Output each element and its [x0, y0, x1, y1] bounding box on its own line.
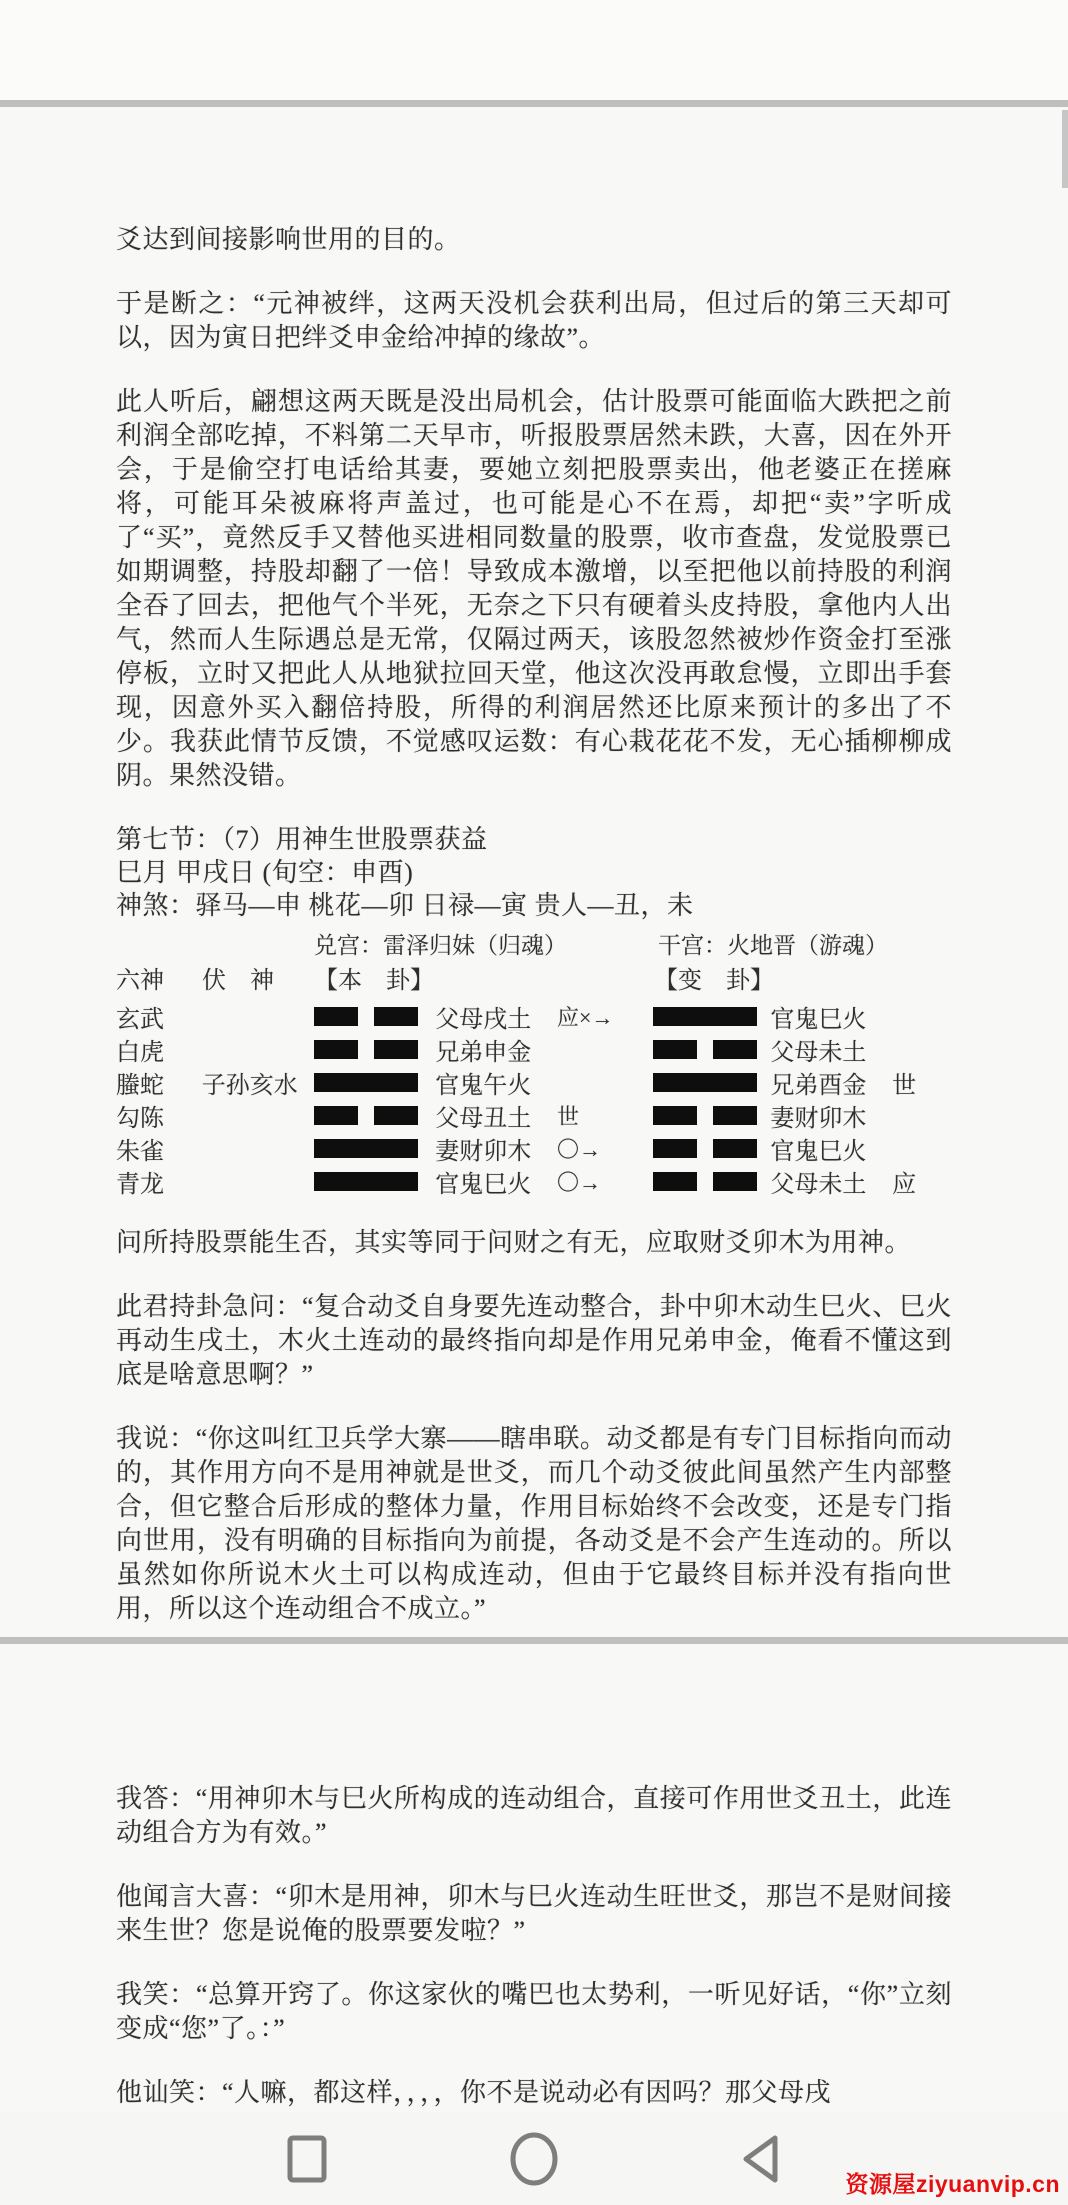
yao-line: [314, 1106, 418, 1125]
six-god-label: 玄武: [116, 999, 202, 1034]
recents-button[interactable]: [280, 2132, 334, 2186]
ben-yao-text: 官鬼午火: [435, 1065, 557, 1100]
ben-gua-header: 【本 卦】: [314, 962, 654, 1000]
six-god-label: 螣蛇: [116, 1065, 202, 1100]
yao-line: [653, 1007, 757, 1026]
hexagram-row: 青龙 官鬼巳火 〇→ 父母未土 应: [116, 1165, 952, 1198]
bian-yao-text: 父母未土: [770, 1164, 892, 1199]
bian-yao-text: 兄弟酉金: [770, 1065, 892, 1100]
bian-gua-header: 【变 卦】: [654, 962, 774, 1000]
bian-yao-text: 官鬼巳火: [770, 999, 892, 1034]
document-page-2: 我答：“用神卯木与巳火所构成的连动组合，直接可作用世爻丑土，此连动组合方为有效。…: [0, 1644, 1068, 2112]
ben-yao-text: 父母戌土: [435, 999, 557, 1034]
paragraph: 我答：“用神卯木与巳火所构成的连动组合，直接可作用世爻丑土，此连动组合方为有效。…: [116, 1782, 952, 1850]
yao-line: [653, 1040, 757, 1059]
paragraph: 爻达到间接影响世用的目的。: [116, 223, 952, 257]
yao-line: [653, 1139, 757, 1158]
fushen-header: 伏 神: [202, 962, 314, 1000]
hexagram-row: 白虎 兄弟申金 父母未土: [116, 1033, 952, 1066]
bian-yao-marker: 世: [892, 1065, 952, 1100]
section-heading-block: 第七节：（7）用神生世股票获益 巳月 甲戌日 (旬空：申酉) 神煞：驿马—申 桃…: [116, 823, 952, 922]
ben-yao-text: 官鬼巳火: [435, 1164, 557, 1199]
six-god-label: 青龙: [116, 1164, 202, 1199]
yao-line: [653, 1172, 757, 1191]
ben-yao-text: 兄弟申金: [435, 1032, 557, 1067]
ben-yao-marker: 世: [557, 1100, 653, 1131]
bian-yao-text: 官鬼巳火: [770, 1131, 892, 1166]
bian-yao-text: 妻财卯木: [770, 1098, 892, 1133]
ben-palace-label: 兑宫：雷泽归妹（归魂）: [314, 930, 658, 962]
paragraph: 他闻言大喜：“卯木是用神，卯木与巳火连动生旺世爻，那岂不是财间接来生世？您是说俺…: [116, 1880, 952, 1948]
section-title: 第七节：（7）用神生世股票获益: [116, 823, 952, 856]
back-triangle-icon: [734, 2132, 788, 2186]
status-area: [0, 0, 1068, 100]
bian-yao-marker: 应: [892, 1164, 952, 1199]
palace-row: 兑宫：雷泽归妹（归魂） 干宫：火地晋（游魂）: [116, 930, 952, 962]
hexagram-row: 玄武 父母戌土 应×→ 官鬼巳火: [116, 1000, 952, 1033]
hexagram-row: 朱雀 妻财卯木 〇→ 官鬼巳火: [116, 1132, 952, 1165]
date-line: 巳月 甲戌日 (旬空：申酉): [116, 856, 952, 889]
yao-line: [314, 1040, 418, 1059]
scrollbar-thumb[interactable]: [1062, 110, 1068, 188]
home-circle-icon: [507, 2132, 561, 2186]
paragraph: 他讪笑：“人嘛，都这样，，，，你不是说动必有因吗？那父母戌: [116, 2076, 952, 2110]
hexagram-row: 勾陈 父母丑土 世 妻财卯木: [116, 1099, 952, 1132]
page-top-divider: [0, 100, 1068, 107]
six-god-label: 白虎: [116, 1032, 202, 1067]
yao-line: [653, 1073, 757, 1092]
home-button[interactable]: [507, 2132, 561, 2186]
fushen-label: 子孙亥水: [202, 1065, 314, 1100]
shensha-line: 神煞：驿马—申 桃花—卯 日禄—寅 贵人—丑，未: [116, 889, 952, 922]
paragraph: 于是断之：“元神被绊，这两天没机会获利出局，但过后的第三天却可以，因为寅日把绊爻…: [116, 287, 952, 355]
paragraph: 我笑：“总算开窍了。你这家伙的嘴巴也太势利，一听见好话，“你”立刻变成“您”了。…: [116, 1978, 952, 2046]
ben-yao-text: 父母丑土: [435, 1098, 557, 1133]
paragraph: 此人听后，翩想这两天既是没出局机会，估计股票可能面临大跌把之前利润全部吃掉，不料…: [116, 385, 952, 793]
yao-line: [314, 1139, 418, 1158]
six-god-label: 勾陈: [116, 1098, 202, 1133]
six-god-label: 朱雀: [116, 1131, 202, 1166]
bian-palace-label: 干宫：火地晋（游魂）: [658, 930, 888, 962]
yao-line: [314, 1073, 418, 1092]
document-page-1: 爻达到间接影响世用的目的。 于是断之：“元神被绊，这两天没机会获利出局，但过后的…: [0, 107, 1068, 1637]
paragraph: 此君持卦急问：“复合动爻自身要先连动整合，卦中卯木动生巳火、巳火再动生戌土，木火…: [116, 1290, 952, 1392]
yao-line: [314, 1007, 418, 1026]
recents-square-icon: [280, 2132, 334, 2186]
paragraph: 问所持股票能生否，其实等同于问财之有无，应取财爻卯木为用神。: [116, 1226, 952, 1260]
page-break-divider: [0, 1637, 1068, 1644]
bian-yao-text: 父母未土: [770, 1032, 892, 1067]
back-button[interactable]: [734, 2132, 788, 2186]
paragraph: 我说：“你这叫红卫兵学大寨——瞎串联。动爻都是有专门目标指向而动的，其作用方向不…: [116, 1422, 952, 1626]
hexagram-row: 螣蛇 子孙亥水 官鬼午火 兄弟酉金 世: [116, 1066, 952, 1099]
watermark: 资源屋ziyuanvip.cn: [845, 2166, 1060, 2199]
yao-line: [314, 1172, 418, 1191]
liushen-header: 六神: [116, 962, 202, 1000]
ben-yao-marker: 〇→: [557, 1133, 653, 1164]
ben-yao-marker: 应×→: [557, 1001, 653, 1032]
ben-yao-marker: 〇→: [557, 1166, 653, 1197]
hexagram-header: 六神 伏 神 【本 卦】 【变 卦】: [116, 962, 952, 1000]
ben-yao-text: 妻财卯木: [435, 1131, 557, 1166]
yao-line: [653, 1106, 757, 1125]
hexagram-chart: 兑宫：雷泽归妹（归魂） 干宫：火地晋（游魂） 六神 伏 神 【本 卦】 【变 卦…: [116, 930, 952, 1198]
